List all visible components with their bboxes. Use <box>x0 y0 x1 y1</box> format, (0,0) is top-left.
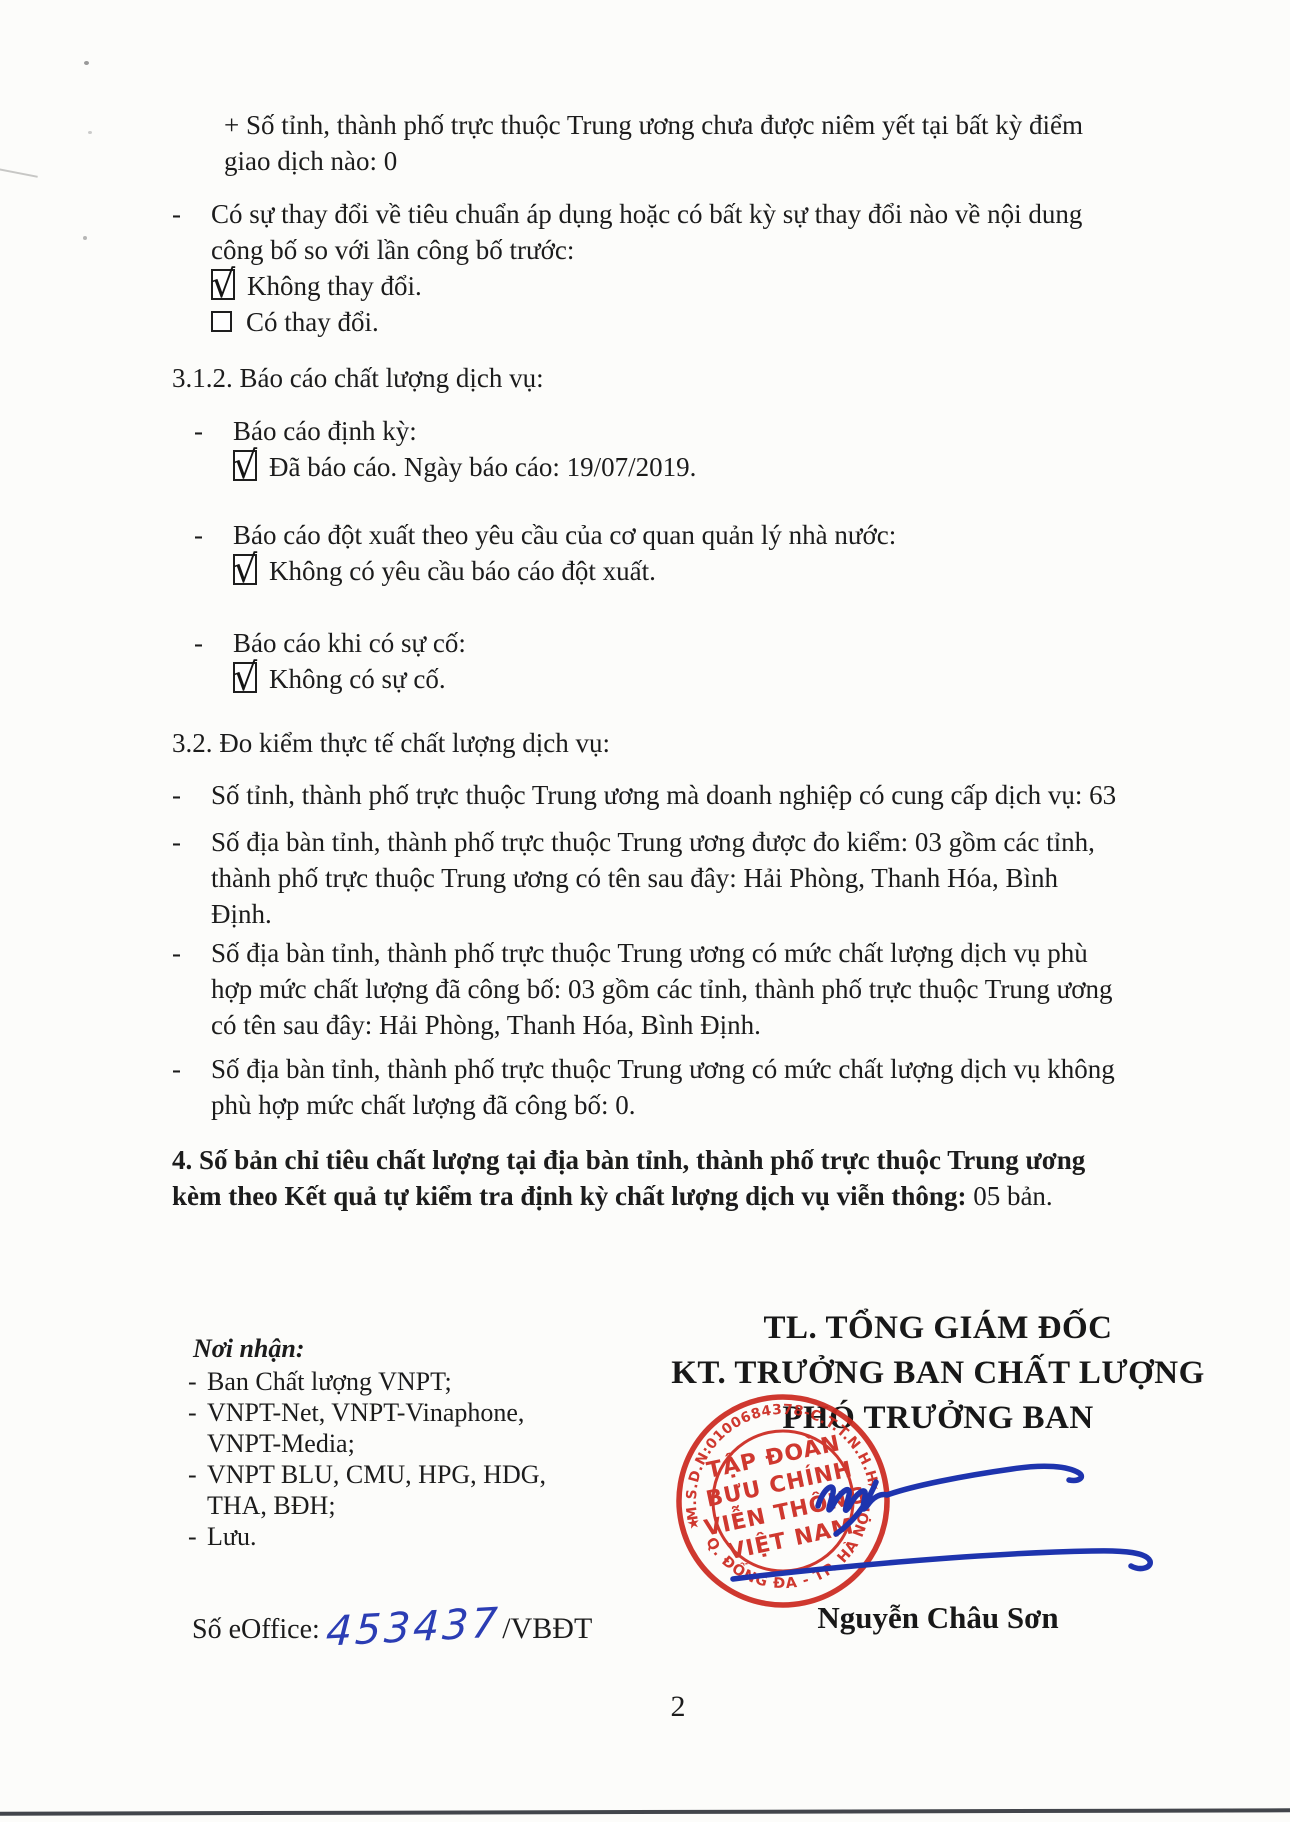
checkbox-checked: √ <box>233 450 257 481</box>
recipient-item: - Ban Chất lượng VNPT; <box>188 1366 573 1397</box>
scan-scratch <box>0 168 38 178</box>
list-item-text: Số tỉnh, thành phố trực thuộc Trung ương… <box>224 110 1083 176</box>
list-marker: - <box>172 777 211 813</box>
section-4-paragraph: 4. Số bản chỉ tiêu chất lượng tại địa bà… <box>172 1142 1121 1214</box>
signer-name: Nguyễn Châu Sơn <box>632 1600 1244 1636</box>
list-item-incident-report: - Báo cáo khi có sự cố: √Không có sự cố. <box>194 625 1121 697</box>
option-changed: Có thay đổi. <box>172 304 1121 340</box>
document-body: + Số tỉnh, thành phố trực thuộc Trung ươ… <box>172 107 1121 1214</box>
list-marker: - <box>194 625 233 661</box>
eoffice-label: Số eOffice: <box>192 1614 320 1645</box>
check-mark: √ <box>233 550 257 588</box>
check-mark: √ <box>211 265 235 303</box>
option-no-adhoc: √Không có yêu cầu báo cáo đột xuất. <box>194 553 1121 589</box>
eoffice-handwritten-number: 453437 <box>325 1598 502 1655</box>
list-item-text: Báo cáo khi có sự cố: <box>233 625 1121 661</box>
list-marker: - <box>172 824 211 932</box>
list-marker: - <box>188 1459 207 1521</box>
scan-bottom-edge <box>0 1808 1290 1815</box>
list-marker: + <box>224 110 239 140</box>
list-item-text: Có sự thay đổi về tiêu chuẩn áp dụng hoặ… <box>211 196 1121 268</box>
option-label: Không thay đổi. <box>247 271 422 301</box>
signer-title-1: TL. TỔNG GIÁM ĐỐC <box>632 1306 1244 1351</box>
list-item-text: Số tỉnh, thành phố trực thuộc Trung ương… <box>211 777 1121 813</box>
signature-scribble <box>700 1440 1180 1615</box>
list-item-adhoc-report: - Báo cáo đột xuất theo yêu cầu của cơ q… <box>194 517 1121 589</box>
option-no-change: √Không thay đổi. <box>172 268 1121 304</box>
option-label: Không có yêu cầu báo cáo đột xuất. <box>269 556 656 586</box>
checkbox-unchecked <box>211 311 232 332</box>
list-marker: - <box>188 1397 207 1459</box>
list-marker: - <box>172 196 211 268</box>
recipient-item: - VNPT BLU, CMU, HPG, HDG, THA, BĐH; <box>188 1459 573 1521</box>
option-no-incident: √Không có sự cố. <box>194 661 1121 697</box>
list-marker: - <box>194 517 233 553</box>
list-item-text: Số địa bàn tỉnh, thành phố trực thuộc Tr… <box>211 1051 1121 1123</box>
option-label: Đã báo cáo. Ngày báo cáo: 19/07/2019. <box>269 452 696 482</box>
signature-stroke-underline <box>733 1551 1150 1579</box>
section-heading-312: 3.1.2. Báo cáo chất lượng dịch vụ: <box>172 360 1121 396</box>
scan-speck <box>84 61 89 65</box>
signer-title-2: KT. TRƯỞNG BAN CHẤT LƯỢNG <box>632 1351 1244 1396</box>
list-marker: - <box>172 1051 211 1123</box>
list-marker: - <box>188 1521 207 1552</box>
section-4-copy-count: 05 bản. <box>973 1181 1052 1211</box>
list-item-provinces-measured: - Số địa bàn tỉnh, thành phố trực thuộc … <box>172 824 1121 932</box>
eoffice-number-line: Số eOffice:453437/VBĐT <box>192 1600 592 1648</box>
recipient-text: Lưu. <box>207 1521 573 1552</box>
check-mark: √ <box>233 446 257 484</box>
scan-speck <box>88 131 92 134</box>
list-item-provinces-conforming: - Số địa bàn tỉnh, thành phố trực thuộc … <box>172 935 1121 1043</box>
recipient-item: - Lưu. <box>188 1521 573 1552</box>
recipients-list: - Ban Chất lượng VNPT; - VNPT-Net, VNPT-… <box>188 1366 573 1552</box>
section-4-bold-text: 4. Số bản chỉ tiêu chất lượng tại địa bà… <box>172 1145 1085 1211</box>
list-item-periodic-report: - Báo cáo định kỳ: √Đã báo cáo. Ngày báo… <box>194 413 1121 485</box>
list-marker: - <box>172 935 211 1043</box>
list-item-change: - Có sự thay đổi về tiêu chuẩn áp dụng h… <box>172 196 1121 340</box>
recipient-text: VNPT-Net, VNPT-Vinaphone, VNPT-Media; <box>207 1397 573 1459</box>
list-item-text: Số địa bàn tỉnh, thành phố trực thuộc Tr… <box>211 824 1121 932</box>
list-marker: - <box>188 1366 207 1397</box>
section-heading-32: 3.2. Đo kiểm thực tế chất lượng dịch vụ: <box>172 725 1121 761</box>
check-mark: √ <box>233 658 257 696</box>
scan-speck <box>83 236 87 240</box>
option-label: Có thay đổi. <box>246 307 379 337</box>
list-item-provinces-nonconforming: - Số địa bàn tỉnh, thành phố trực thuộc … <box>172 1051 1121 1123</box>
checkbox-checked: √ <box>211 269 235 300</box>
checkbox-checked: √ <box>233 662 257 693</box>
recipient-item: - VNPT-Net, VNPT-Vinaphone, VNPT-Media; <box>188 1397 573 1459</box>
recipient-text: Ban Chất lượng VNPT; <box>207 1366 573 1397</box>
recipients-label: Nơi nhận: <box>193 1334 305 1364</box>
scanned-document-page: { "glyphs": { "plus": "+", "dash": "-", … <box>0 0 1290 1822</box>
option-label: Không có sự cố. <box>269 664 446 694</box>
checkbox-checked: √ <box>233 554 257 585</box>
recipient-text: VNPT BLU, CMU, HPG, HDG, THA, BĐH; <box>207 1459 573 1521</box>
signature-stroke-main <box>818 1466 1081 1510</box>
list-item-text: Số địa bàn tỉnh, thành phố trực thuộc Tr… <box>211 935 1121 1043</box>
option-reported: √Đã báo cáo. Ngày báo cáo: 19/07/2019. <box>194 449 1121 485</box>
eoffice-suffix: /VBĐT <box>502 1612 592 1645</box>
page-number: 2 <box>648 1690 708 1724</box>
list-item-text: Báo cáo định kỳ: <box>233 413 1121 449</box>
list-item-plus: + Số tỉnh, thành phố trực thuộc Trung ươ… <box>224 107 1121 179</box>
list-item-text: Báo cáo đột xuất theo yêu cầu của cơ qua… <box>233 517 1121 553</box>
list-marker: - <box>194 413 233 449</box>
list-item-provinces-served: - Số tỉnh, thành phố trực thuộc Trung ươ… <box>172 777 1121 813</box>
